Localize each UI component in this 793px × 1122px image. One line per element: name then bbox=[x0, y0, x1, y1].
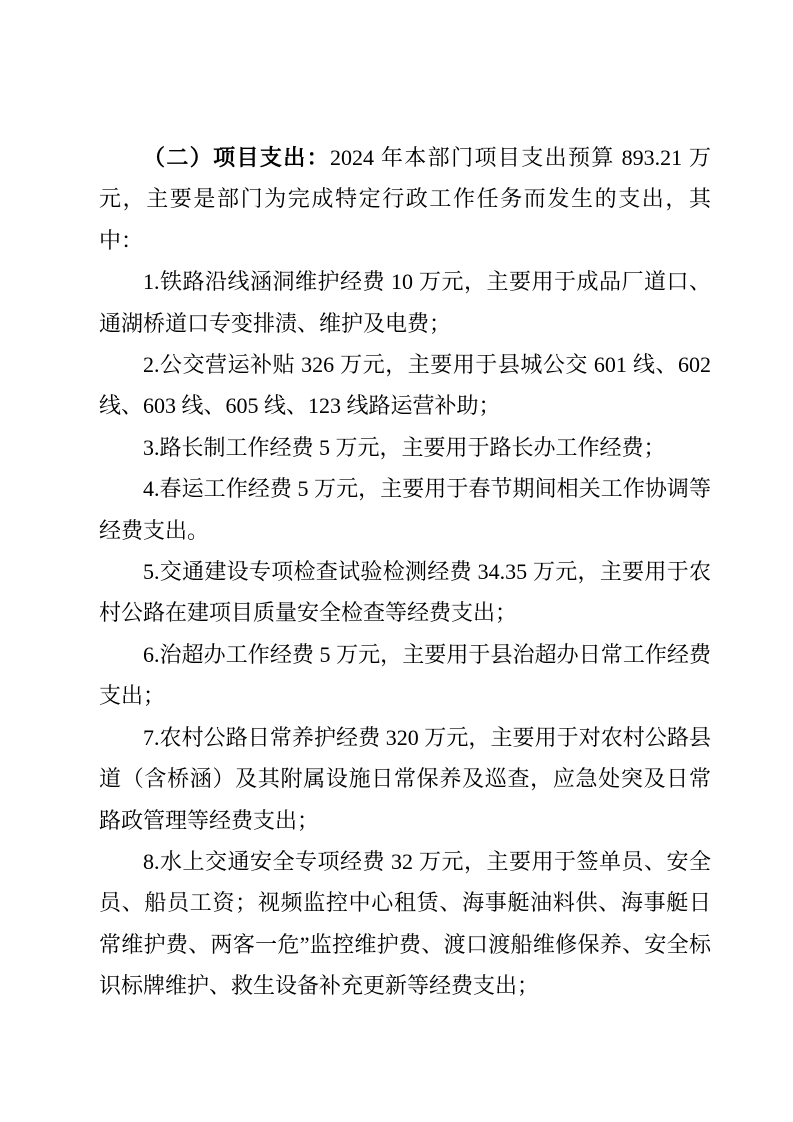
budget-item-4: 4.春运工作经费 5 万元，主要用于春节期间相关工作协调等经费支出。 bbox=[99, 468, 711, 551]
budget-item-5: 5.交通建设专项检查试验检测经费 34.35 万元，主要用于农村公路在建项目质量… bbox=[99, 551, 711, 634]
budget-item-8: 8.水上交通安全专项经费 32 万元，主要用于签单员、安全员、船员工资；视频监控… bbox=[99, 841, 711, 1007]
budget-item-2: 2.公交营运补贴 326 万元，主要用于县城公交 601 线、602 线、603… bbox=[99, 344, 711, 427]
budget-item-3: 3.路长制工作经费 5 万元，主要用于路长办工作经费； bbox=[99, 427, 711, 468]
document-body: （二）项目支出：2024 年本部门项目支出预算 893.21 万元，主要是部门为… bbox=[99, 137, 711, 1007]
budget-item-6: 6.治超办工作经费 5 万元，主要用于县治超办日常工作经费支出； bbox=[99, 634, 711, 717]
intro-paragraph: （二）项目支出：2024 年本部门项目支出预算 893.21 万元，主要是部门为… bbox=[99, 137, 711, 261]
budget-item-1: 1.铁路沿线涵洞维护经费 10 万元，主要用于成品厂道口、通湖桥道口专变排渍、维… bbox=[99, 261, 711, 344]
budget-item-7: 7.农村公路日常养护经费 320 万元，主要用于对农村公路县道（含桥涵）及其附属… bbox=[99, 717, 711, 841]
section-heading: （二）项目支出： bbox=[143, 145, 330, 170]
document-page: （二）项目支出：2024 年本部门项目支出预算 893.21 万元，主要是部门为… bbox=[0, 0, 793, 1122]
